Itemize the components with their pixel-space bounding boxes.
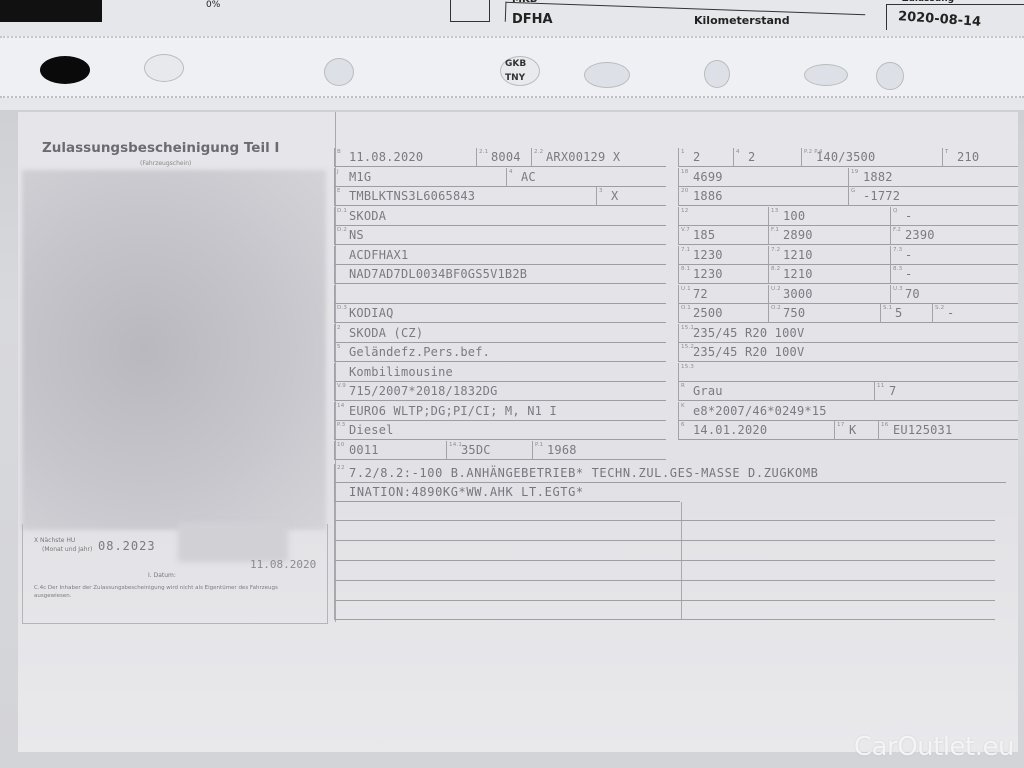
left-field: 4AC (506, 168, 666, 187)
right-field: F.22390 (890, 226, 1018, 245)
hole-text: TNY (505, 73, 525, 83)
left-field: JM1G (334, 168, 506, 187)
field-value: EU125031 (893, 423, 952, 437)
punch-hole (324, 58, 354, 86)
field-value: SKODA (CZ) (349, 326, 423, 340)
left-row: NAD7AD7DL0034BF0GS5V1B2B (334, 265, 666, 284)
field-value: 2890 (783, 228, 813, 242)
field-value: 7 (889, 384, 896, 398)
field-code: J (337, 169, 339, 176)
field-code: R (681, 383, 685, 390)
left-field: 3X (596, 187, 666, 206)
field-value: M1G (349, 170, 371, 184)
field-value: 210 (957, 150, 979, 164)
field-value: 8004 (491, 150, 521, 164)
field-value: Geländefz.Pers.bef. (349, 345, 490, 359)
right-field: 7.21210 (768, 246, 890, 265)
field-value: 1968 (547, 443, 577, 457)
rule-line (335, 540, 995, 541)
sheet-protector-strip: GKB TNY (0, 36, 1024, 98)
field-code: 20 (681, 188, 688, 195)
field-value: -1772 (863, 189, 900, 203)
field-value: 3000 (783, 287, 813, 301)
field-value: 5 (895, 306, 902, 320)
left-row: P.3Diesel (334, 421, 666, 440)
registration-certificate: Zulassungsbescheinigung Teil I (Fahrzeug… (18, 112, 1018, 752)
punch-hole (804, 64, 848, 86)
right-row: 1213100Q- (678, 207, 1018, 226)
field-code: P.1 (535, 442, 543, 449)
rule-line (335, 560, 995, 561)
left-field: 2SKODA (CZ) (334, 324, 666, 343)
rule-line (335, 520, 995, 521)
hole-text: GKB (505, 59, 526, 69)
field-value: 1886 (693, 189, 723, 203)
field-value: 1210 (783, 267, 813, 281)
blank-remarks-grid (334, 502, 1006, 620)
field-code: P.2 P.4 (804, 149, 823, 156)
field-code: D.1 (337, 208, 347, 215)
field-code: 2 (337, 325, 341, 332)
field-code: 10 (337, 442, 344, 449)
field-code: T (945, 149, 949, 156)
right-field: U.370 (890, 285, 1018, 304)
field-code: 4 (736, 149, 740, 156)
right-row: 15.1235/45 R20 100V (678, 324, 1018, 343)
left-field: NAD7AD7DL0034BF0GS5V1B2B (334, 265, 666, 284)
left-panel: Zulassungsbescheinigung Teil I (Fahrzeug… (18, 112, 336, 622)
right-field: 12 (678, 148, 733, 167)
left-field: 2.18004 (476, 148, 531, 167)
punch-hole (40, 56, 90, 84)
remark-line-2: INATION:4890KG*WW.AHK LT.EGTG* (334, 483, 680, 502)
right-field: S.2- (932, 304, 1018, 323)
field-code: F.2 (893, 227, 901, 234)
field-code: 15.1 (681, 325, 694, 332)
right-field: 16EU125031 (878, 421, 1018, 440)
right-field: 201886 (678, 187, 848, 206)
left-row: JM1G4AC (334, 168, 666, 187)
field-code: F.1 (771, 227, 779, 234)
ownership-note: C.4c Der Inhaber der Zulassungsbescheini… (34, 584, 304, 600)
field-code: 7.1 (681, 247, 690, 254)
right-field: 15.2235/45 R20 100V (678, 343, 1018, 362)
left-field: D.3KODIAQ (334, 304, 666, 323)
field-value: 2390 (905, 228, 935, 242)
field-code: O.2 (771, 305, 781, 312)
field-code: 7.3 (893, 247, 902, 254)
field-value: Diesel (349, 423, 394, 437)
field-value: NAD7AD7DL0034BF0GS5V1B2B (349, 267, 527, 281)
field-value: - (947, 306, 954, 320)
right-field: 7.11230 (678, 246, 768, 265)
field-code: K (681, 403, 685, 410)
field-code: U.1 (681, 286, 691, 293)
punch-hole (876, 62, 904, 90)
right-field: F.12890 (768, 226, 890, 245)
bg-code-value: DFHA (512, 12, 553, 27)
right-field: G-1772 (848, 187, 1018, 206)
right-field: 8.3- (890, 265, 1018, 284)
field-value: 2 (693, 150, 700, 164)
field-code: 1 (681, 149, 685, 156)
right-field: 8.11230 (678, 265, 768, 284)
left-field: 14.135DC (446, 441, 532, 460)
bg-box (450, 0, 490, 22)
field-code: S.2 (935, 305, 944, 312)
left-field: V.9715/2007*2018/1832DG (334, 382, 666, 401)
redacted-owner-area (22, 170, 326, 530)
field-code: V.7 (681, 227, 690, 234)
field-code: 17 (837, 422, 844, 429)
bg-mileage-label: Kilometerstand (694, 14, 790, 27)
right-row: O.12500O.2750S.15S.2- (678, 304, 1018, 323)
document-title: Zulassungsbescheinigung Teil I (42, 140, 279, 156)
bg-percent-text: 0% (206, 0, 220, 10)
right-field: 17K (834, 421, 878, 440)
field-value: ARX00129 X (546, 150, 620, 164)
right-field: T210 (942, 148, 1018, 167)
left-row: D.1SKODA (334, 207, 666, 226)
remark-text-2: INATION:4890KG*WW.AHK LT.EGTG* (349, 485, 584, 499)
left-field: ACDFHAX1 (334, 246, 666, 265)
right-field: O.12500 (678, 304, 768, 323)
right-field: RGrau (678, 382, 874, 401)
field-code: O.1 (681, 305, 691, 312)
field-value: EURO6 WLTP;DG;PI/CI; M, N1 I (349, 404, 557, 418)
right-row: 1242P.2 P.4140/3500T210 (678, 148, 1018, 167)
remark-line-1: 22 7.2/8.2:-100 B.ANHÄNGEBETRIEB* TECHN.… (334, 464, 1006, 483)
field-code: P.3 (337, 422, 345, 429)
right-field: V.7185 (678, 226, 768, 245)
field-code: 3 (599, 188, 603, 195)
left-field: D.2NS (334, 226, 666, 245)
field-code: B (337, 149, 341, 156)
right-row: U.172U.23000U.370 (678, 285, 1018, 304)
right-field: 42 (733, 148, 801, 167)
field-code: 14 (337, 403, 344, 410)
next-inspection-value: 08.2023 (98, 539, 156, 553)
field-value: Grau (693, 384, 723, 398)
right-row: 7.112307.212107.3- (678, 246, 1018, 265)
field-value: 1882 (863, 170, 893, 184)
field-code: D.2 (337, 227, 347, 234)
field-value: 140/3500 (816, 150, 875, 164)
left-field (334, 285, 666, 304)
left-field: P.3Diesel (334, 421, 666, 440)
rule-line (335, 619, 995, 620)
right-field: 191882 (848, 168, 1018, 187)
issue-date: 11.08.2020 (250, 558, 316, 571)
field-value: SKODA (349, 209, 386, 223)
field-code: 15.3 (681, 364, 694, 371)
right-field: 7.3- (890, 246, 1018, 265)
field-code: 5 (337, 344, 341, 351)
punch-hole: GKB TNY (500, 56, 540, 86)
field-value: 100 (783, 209, 805, 223)
field-code: 2.2 (534, 149, 543, 156)
field-value: AC (521, 170, 536, 184)
left-row: 2SKODA (CZ) (334, 324, 666, 343)
field-value: K (849, 423, 856, 437)
field-value: TMBLKTNS3L6065843 (349, 189, 475, 203)
date-label: I. Datum: (148, 572, 176, 579)
right-row: 184699191882 (678, 168, 1018, 187)
field-value: 235/45 R20 100V (693, 326, 804, 340)
field-value: 72 (693, 287, 708, 301)
field-code: 7.2 (771, 247, 780, 254)
right-field: Ke8*2007/46*0249*15 (678, 402, 1018, 421)
field-code: 6 (681, 422, 685, 429)
field-value: 235/45 R20 100V (693, 345, 804, 359)
field-code: 18 (681, 169, 688, 176)
field-code: D.3 (337, 305, 347, 312)
right-row: 201886G-1772 (678, 187, 1018, 206)
field-value: 2 (748, 150, 755, 164)
remark-text-1: 7.2/8.2:-100 B.ANHÄNGEBETRIEB* TECHN.ZUL… (349, 466, 818, 480)
field-code: V.9 (337, 383, 346, 390)
field-value: - (905, 209, 912, 223)
punch-hole (704, 60, 730, 88)
rule-line (335, 580, 995, 581)
right-row: 614.01.202017K16EU125031 (678, 421, 1018, 440)
field-code: 16 (881, 422, 888, 429)
left-row: D.2NS (334, 226, 666, 245)
bg-frame (505, 2, 865, 35)
right-row: 15.2235/45 R20 100V (678, 343, 1018, 362)
left-field: 2.2ARX00129 X (531, 148, 666, 167)
left-row: 14EURO6 WLTP;DG;PI/CI; M, N1 I (334, 402, 666, 421)
field-code: Q (893, 208, 898, 215)
remark-code: 22 (337, 465, 345, 472)
left-row: 10001114.135DCP.11968 (334, 441, 666, 460)
field-value: 70 (905, 287, 920, 301)
right-field: 8.21210 (768, 265, 890, 284)
right-field: 15.3 (678, 363, 1018, 382)
next-inspection-sublabel: (Monat und Jahr) (42, 546, 92, 553)
right-field: U.172 (678, 285, 768, 304)
left-field: Kombilimousine (334, 363, 666, 382)
left-field: B11.08.2020 (334, 148, 476, 167)
right-field: Q- (890, 207, 1018, 226)
field-code: U.2 (771, 286, 781, 293)
field-value: 1230 (693, 248, 723, 262)
field-code: 8.2 (771, 266, 780, 273)
right-field: O.2750 (768, 304, 880, 323)
right-field: U.23000 (768, 285, 890, 304)
left-row: Kombilimousine (334, 363, 666, 382)
field-value: 715/2007*2018/1832DG (349, 384, 498, 398)
field-code: G (851, 188, 855, 195)
right-row: RGrau117 (678, 382, 1018, 401)
field-value: e8*2007/46*0249*15 (693, 404, 827, 418)
field-value: NS (349, 228, 364, 242)
rule-line (335, 600, 995, 601)
field-value: Kombilimousine (349, 365, 453, 379)
right-field: 15.1235/45 R20 100V (678, 324, 1018, 343)
field-value: 750 (783, 306, 805, 320)
right-field: 184699 (678, 168, 848, 187)
document-subtitle: (Fahrzeugschein) (140, 160, 191, 167)
watermark-logo: CarOutlet.eu (854, 732, 1014, 762)
left-field: ETMBLKTNS3L6065843 (334, 187, 596, 206)
field-code: 12 (681, 208, 688, 215)
right-row: 8.112308.212108.3- (678, 265, 1018, 284)
redacted-block (0, 0, 102, 22)
left-field: 14EURO6 WLTP;DG;PI/CI; M, N1 I (334, 402, 666, 421)
right-row: V.7185F.12890F.22390 (678, 226, 1018, 245)
left-field: D.1SKODA (334, 207, 666, 226)
field-value: 14.01.2020 (693, 423, 767, 437)
field-value: 0011 (349, 443, 379, 457)
left-field: 100011 (334, 441, 446, 460)
right-row: Ke8*2007/46*0249*15 (678, 402, 1018, 421)
left-field: P.11968 (532, 441, 666, 460)
field-code: U.3 (893, 286, 903, 293)
right-field: S.15 (880, 304, 932, 323)
field-code: 13 (771, 208, 778, 215)
right-row: 15.3 (678, 363, 1018, 382)
field-code: 19 (851, 169, 858, 176)
field-value: 35DC (461, 443, 491, 457)
field-value: 1210 (783, 248, 813, 262)
left-row: D.3KODIAQ (334, 304, 666, 323)
field-code: 11 (877, 383, 884, 390)
field-code: 4 (509, 169, 513, 176)
field-code: S.1 (883, 305, 892, 312)
left-row: 5Geländefz.Pers.bef. (334, 343, 666, 362)
left-row (334, 285, 666, 304)
right-field: 614.01.2020 (678, 421, 834, 440)
field-code: 14.1 (449, 442, 462, 449)
left-field: 5Geländefz.Pers.bef. (334, 343, 666, 362)
punch-hole (144, 54, 184, 82)
field-value: X (611, 189, 618, 203)
field-value: - (905, 267, 912, 281)
field-value: - (905, 248, 912, 262)
field-value: ACDFHAX1 (349, 248, 408, 262)
field-value: 185 (693, 228, 715, 242)
right-field: P.2 P.4140/3500 (801, 148, 942, 167)
field-code: 8.1 (681, 266, 690, 273)
right-field: 117 (874, 382, 1018, 401)
right-field: 13100 (768, 207, 890, 226)
left-row: ETMBLKTNS3L60658433X (334, 187, 666, 206)
field-code: 2.1 (479, 149, 488, 156)
punch-hole (584, 62, 630, 88)
left-row: V.9715/2007*2018/1832DG (334, 382, 666, 401)
field-code: E (337, 188, 341, 195)
field-value: 4699 (693, 170, 723, 184)
field-value: 11.08.2020 (349, 150, 423, 164)
redacted-stamp (178, 522, 288, 562)
field-value: 2500 (693, 306, 723, 320)
field-code: 15.2 (681, 344, 694, 351)
left-row: B11.08.20202.180042.2ARX00129 X (334, 148, 666, 167)
field-value: KODIAQ (349, 306, 394, 320)
field-code: 8.3 (893, 266, 902, 273)
right-field: 12 (678, 207, 768, 226)
field-value: 1230 (693, 267, 723, 281)
next-inspection-label: X Nächste HU (34, 537, 75, 544)
left-row: ACDFHAX1 (334, 246, 666, 265)
